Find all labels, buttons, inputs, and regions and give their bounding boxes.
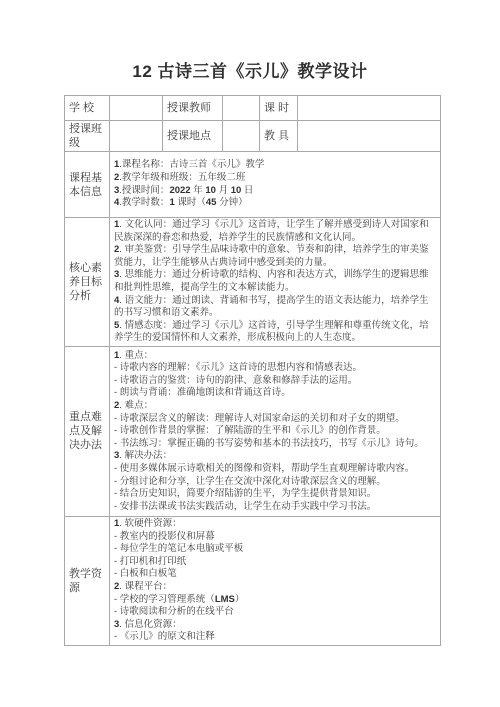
table-row-class: 授课班级 授课地点 教 具: [65, 121, 441, 152]
period-value-cell: [298, 96, 441, 121]
school-value-cell: [110, 96, 163, 121]
class-value-cell: [110, 121, 163, 152]
text-line: 2. 难点：: [114, 400, 436, 413]
text-line: - 安排书法课或书法实践活动，让学生在动手实践中学习书法。: [114, 501, 436, 514]
period-label: 课 时: [260, 96, 298, 121]
text-line: - 结合历史知识，简要介绍陆游的生平，为学生提供背景知识。: [114, 488, 436, 501]
text-line: 2. 课程平台：: [114, 581, 436, 594]
text-line: - 诗歌语言的鉴赏：诗句的韵律、意象和修辞手法的运用。: [114, 375, 436, 388]
teaching-design-table: 学 校 授课教师 课 时 授课班级 授课地点 教 具 课程基本信息 1.课程名称…: [64, 95, 441, 646]
location-label: 授课地点: [163, 121, 223, 152]
document-page: 12 古诗三首《示儿》教学设计 学 校 授课教师 课 时 授课班级 授课地点 教…: [0, 0, 500, 707]
text-line: - 白板和白板笔: [114, 568, 436, 581]
section-content-core-goals: 1. 文化认同：通过学习《示儿》这首诗，让学生了解并感受到诗人对国家和民族深深的…: [110, 218, 441, 347]
text-line: 1.课程名称：古诗三首《示儿》教学: [114, 159, 436, 172]
text-line: - 教室内的投影仪和屏幕: [114, 531, 436, 544]
page-title: 12 古诗三首《示儿》教学设计: [0, 0, 500, 82]
text-line: 2. 审美鉴赏：引导学生品味诗歌中的意象、节奏和韵律，培养学生的审美鉴赏能力，让…: [114, 244, 436, 269]
text-line: - 诗歌深层含义的解读：理解诗人对国家命运的关切和对子女的期望。: [114, 413, 436, 426]
text-line: - 《示儿》的原文和注释: [114, 631, 436, 644]
section-content-basic-info: 1.课程名称：古诗三首《示儿》教学2.教学年级和班级：五年级二班3.授课时间：2…: [110, 152, 441, 218]
text-line: 3. 信息化资源：: [114, 619, 436, 632]
text-line: - 诗歌阅读和分析的在线平台: [114, 606, 436, 619]
section-label-core-goals: 核心素养目标分析: [65, 218, 110, 347]
resources-lines: 1. 软硬件资源：- 教室内的投影仪和屏幕- 每位学生的笔记本电脑或平板- 打印…: [114, 518, 436, 644]
basic-info-lines: 1.课程名称：古诗三首《示儿》教学2.教学年级和班级：五年级二班3.授课时间：2…: [114, 159, 436, 209]
location-value-cell: [223, 121, 260, 152]
text-line: - 打印机和打印纸: [114, 556, 436, 569]
key-points-lines: 1. 重点：- 诗歌内容的理解：《示儿》这首诗的思想内容和情感表达。- 诗歌语言…: [114, 350, 436, 514]
core-goals-lines: 1. 文化认同：通过学习《示儿》这首诗，让学生了解并感受到诗人对国家和民族深深的…: [114, 219, 436, 345]
text-line: - 诗歌内容的理解：《示儿》这首诗的思想内容和情感表达。: [114, 362, 436, 375]
class-label: 授课班级: [65, 121, 110, 152]
text-line: 1. 软硬件资源：: [114, 518, 436, 531]
table-row-key-points: 重点难点及解决办法 1. 重点：- 诗歌内容的理解：《示儿》这首诗的思想内容和情…: [65, 346, 441, 516]
text-line: - 分组讨论和分享，让学生在交流中深化对诗歌深层含义的理解。: [114, 476, 436, 489]
text-line: 3.授课时间：2022 年 10 月 10 日: [114, 185, 436, 198]
text-line: 2.教学年级和班级：五年级二班: [114, 172, 436, 185]
teacher-value-cell: [223, 96, 260, 121]
section-content-key-points: 1. 重点：- 诗歌内容的理解：《示儿》这首诗的思想内容和情感表达。- 诗歌语言…: [110, 346, 441, 516]
section-label-key-points: 重点难点及解决办法: [65, 346, 110, 516]
table-row-basic-info: 课程基本信息 1.课程名称：古诗三首《示儿》教学2.教学年级和班级：五年级二班3…: [65, 152, 441, 218]
text-line: 3. 解决办法：: [114, 450, 436, 463]
text-line: 4.教学时数：1 课时（45 分钟）: [114, 197, 436, 210]
text-line: - 朗读与背诵：准确地朗读和背诵这首诗。: [114, 387, 436, 400]
teacher-label: 授课教师: [163, 96, 223, 121]
table-row-resources: 教学资源 1. 软硬件资源：- 教室内的投影仪和屏幕- 每位学生的笔记本电脑或平…: [65, 516, 441, 645]
text-line: - 使用多媒体展示诗歌相关的图像和资料，帮助学生直观理解诗歌内容。: [114, 463, 436, 476]
text-line: 1. 文化认同：通过学习《示儿》这首诗，让学生了解并感受到诗人对国家和民族深深的…: [114, 219, 436, 244]
table-row-core-goals: 核心素养目标分析 1. 文化认同：通过学习《示儿》这首诗，让学生了解并感受到诗人…: [65, 218, 441, 347]
text-line: 3. 思维能力：通过分析诗歌的结构、内容和表达方式，训练学生的逻辑思维和批判性思…: [114, 269, 436, 294]
text-line: - 书法练习：掌握正确的书写姿势和基本的书法技巧，书写《示儿》诗句。: [114, 438, 436, 451]
school-label: 学 校: [65, 96, 110, 121]
section-label-resources: 教学资源: [65, 516, 110, 645]
text-line: 1. 重点：: [114, 350, 436, 363]
table-row-school: 学 校 授课教师 课 时: [65, 96, 441, 121]
text-line: - 诗歌创作背景的掌握：了解陆游的生平和《示儿》的创作背景。: [114, 425, 436, 438]
text-line: 5. 情感态度：通过学习《示儿》这首诗，引导学生理解和尊重传统文化，培养学生的爱…: [114, 320, 436, 345]
section-label-basic-info: 课程基本信息: [65, 152, 110, 218]
text-line: - 学校的学习管理系统（LMS）: [114, 594, 436, 607]
section-content-resources: 1. 软硬件资源：- 教室内的投影仪和屏幕- 每位学生的笔记本电脑或平板- 打印…: [110, 516, 441, 645]
text-line: - 每位学生的笔记本电脑或平板: [114, 543, 436, 556]
text-line: 4. 语文能力：通过朗读、背诵和书写，提高学生的语文表达能力，培养学生的书写习惯…: [114, 295, 436, 320]
aids-value-cell: [298, 121, 441, 152]
aids-label: 教 具: [260, 121, 298, 152]
